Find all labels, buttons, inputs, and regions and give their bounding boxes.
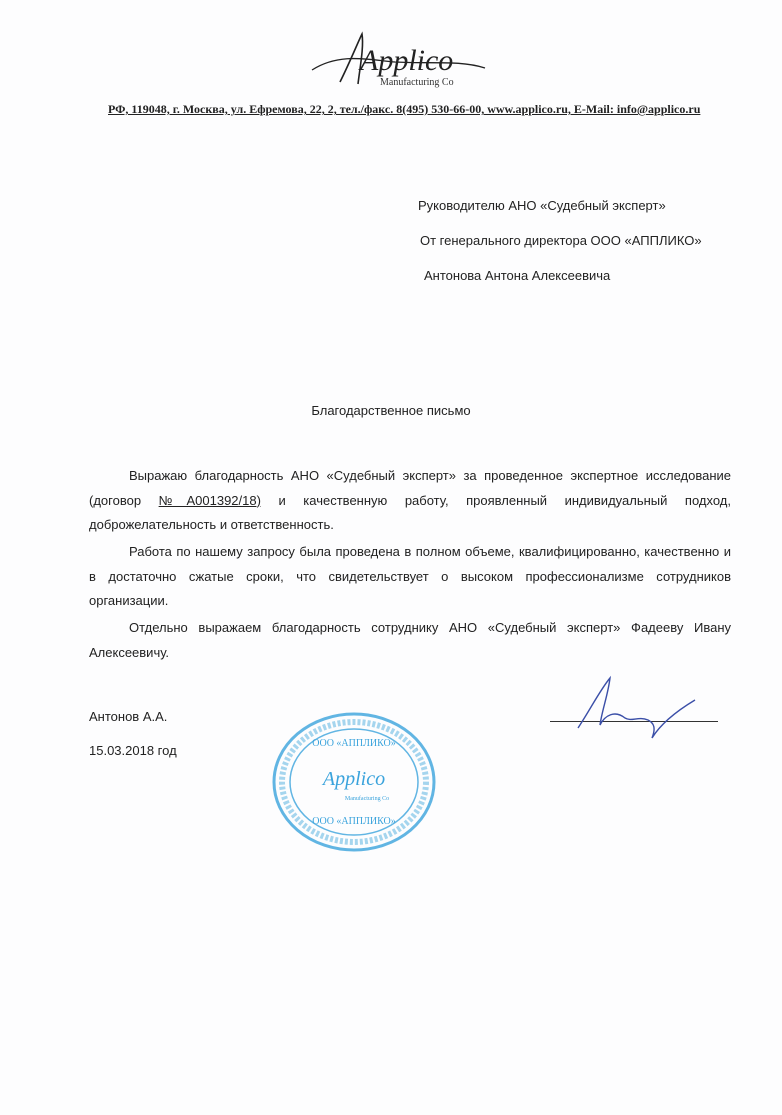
- paragraph-3: Отдельно выражаем благодарность сотрудни…: [89, 616, 731, 665]
- signer-name: Антонов А.А.: [89, 709, 167, 724]
- letterhead-contact-line: РФ, 119048, г. Москва, ул. Ефремова, 22,…: [108, 102, 718, 117]
- logo-subtitle: Manufacturing Co: [380, 77, 454, 88]
- svg-text:Applico: Applico: [358, 44, 453, 77]
- svg-text:ООО «АППЛИКО»: ООО «АППЛИКО»: [312, 738, 395, 749]
- contract-number: №А001392/18): [159, 493, 261, 508]
- svg-text:Applico: Applico: [321, 768, 385, 790]
- handwritten-signature-icon: [560, 670, 700, 740]
- letter-date: 15.03.2018 год: [89, 743, 177, 758]
- paragraph-2: Работа по нашему запросу была проведена …: [89, 540, 731, 614]
- svg-text:Manufacturing Co: Manufacturing Co: [345, 795, 389, 802]
- letter-title: Благодарственное письмо: [0, 403, 782, 418]
- addressee-to: Руководителю АНО «Судебный эксперт»: [418, 198, 666, 213]
- addressee-name: Антонова Антона Алексеевича: [424, 268, 610, 283]
- paragraph-1: Выражаю благодарность АНО «Судебный эксп…: [89, 464, 731, 538]
- svg-text:ООО «АППЛИКО»: ООО «АППЛИКО»: [312, 816, 395, 827]
- addressee-from: От генерального директора ООО «АППЛИКО»: [420, 233, 702, 248]
- company-stamp-icon: ООО «АППЛИКО» Applico Manufacturing Co О…: [272, 712, 437, 852]
